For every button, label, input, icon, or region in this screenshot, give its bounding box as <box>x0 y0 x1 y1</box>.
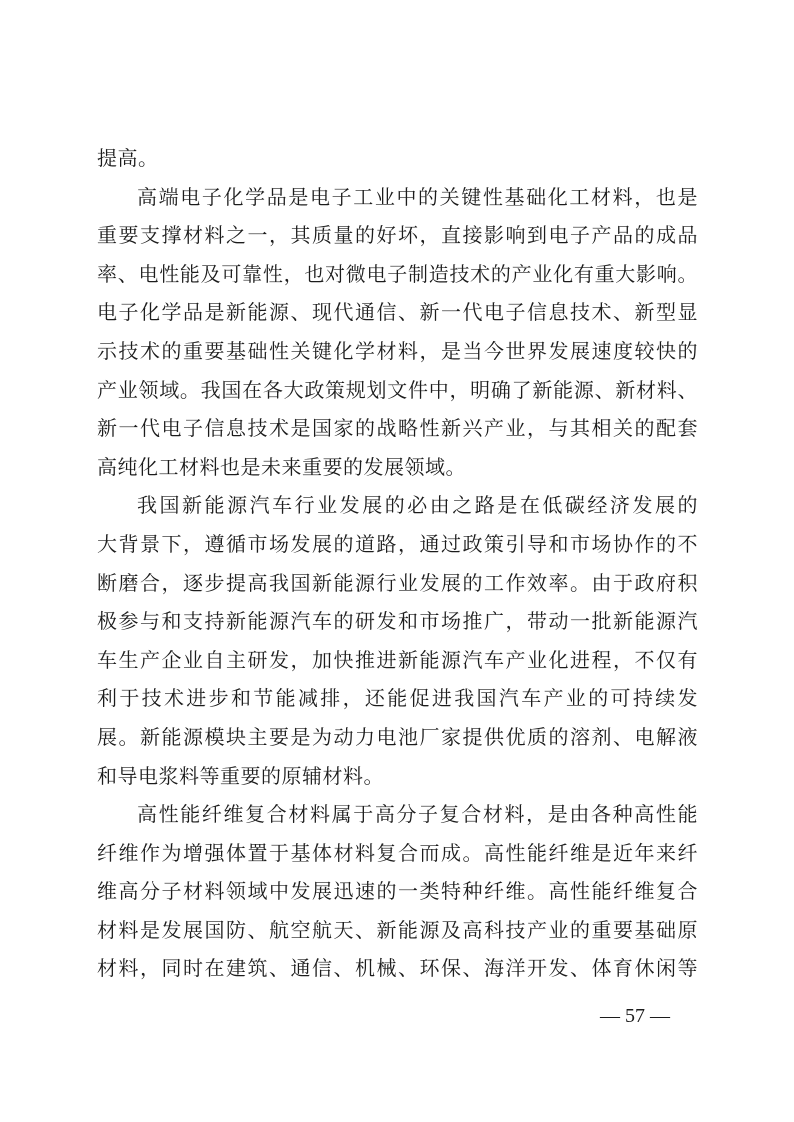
text-line: 极参与和支持新能源汽车的研发和市场推广，带动一批新能源汽 <box>97 603 698 642</box>
text-line: 高性能纤维复合材料属于高分子复合材料，是由各种高性能 <box>97 796 698 835</box>
text-line: 新一代电子信息技术是国家的战略性新兴产业，与其相关的配套 <box>97 410 698 449</box>
text-line: 示技术的重要基础性关键化学材料，是当今世界发展速度较快的 <box>97 333 698 372</box>
text-line: 率、电性能及可靠性，也对微电子制造技术的产业化有重大影响。 <box>97 256 698 295</box>
text-line: 提高。 <box>97 140 698 179</box>
text-line: 材料是发展国防、航空航天、新能源及高科技产业的重要基础原 <box>97 912 698 951</box>
document-body: 提高。高端电子化学品是电子工业中的关键性基础化工材料，也是重要支撑材料之一，其质… <box>97 140 698 989</box>
text-line: 断磨合，逐步提高我国新能源行业发展的工作效率。由于政府积 <box>97 565 698 604</box>
text-line: 高纯化工材料也是未来重要的发展领域。 <box>97 449 698 488</box>
text-line: 电子化学品是新能源、现代通信、新一代电子信息技术、新型显 <box>97 294 698 333</box>
document-page: 提高。高端电子化学品是电子工业中的关键性基础化工材料，也是重要支撑材料之一，其质… <box>0 0 794 1122</box>
text-line: 产业领域。我国在各大政策规划文件中，明确了新能源、新材料、 <box>97 372 698 411</box>
text-line: 展。新能源模块主要是为动力电池厂家提供优质的溶剂、电解液 <box>97 719 698 758</box>
text-line: 材料，同时在建筑、通信、机械、环保、海洋开发、体育休闲等 <box>97 950 698 989</box>
text-line: 纤维作为增强体置于基体材料复合而成。高性能纤维是近年来纤 <box>97 835 698 874</box>
text-line: 和导电浆料等重要的原辅材料。 <box>97 758 698 797</box>
page-number: — 57 — <box>600 1005 670 1027</box>
text-line: 维高分子材料领域中发展迅速的一类特种纤维。高性能纤维复合 <box>97 873 698 912</box>
text-line: 大背景下，遵循市场发展的道路，通过政策引导和市场协作的不 <box>97 526 698 565</box>
page-footer: — 57 — <box>600 1002 670 1030</box>
text-line: 重要支撑材料之一，其质量的好坏，直接影响到电子产品的成品 <box>97 217 698 256</box>
text-line: 车生产企业自主研发，加快推进新能源汽车产业化进程，不仅有 <box>97 642 698 681</box>
text-line: 高端电子化学品是电子工业中的关键性基础化工材料，也是 <box>97 179 698 218</box>
text-line: 利于技术进步和节能减排，还能促进我国汽车产业的可持续发 <box>97 680 698 719</box>
text-line: 我国新能源汽车行业发展的必由之路是在低碳经济发展的 <box>97 487 698 526</box>
